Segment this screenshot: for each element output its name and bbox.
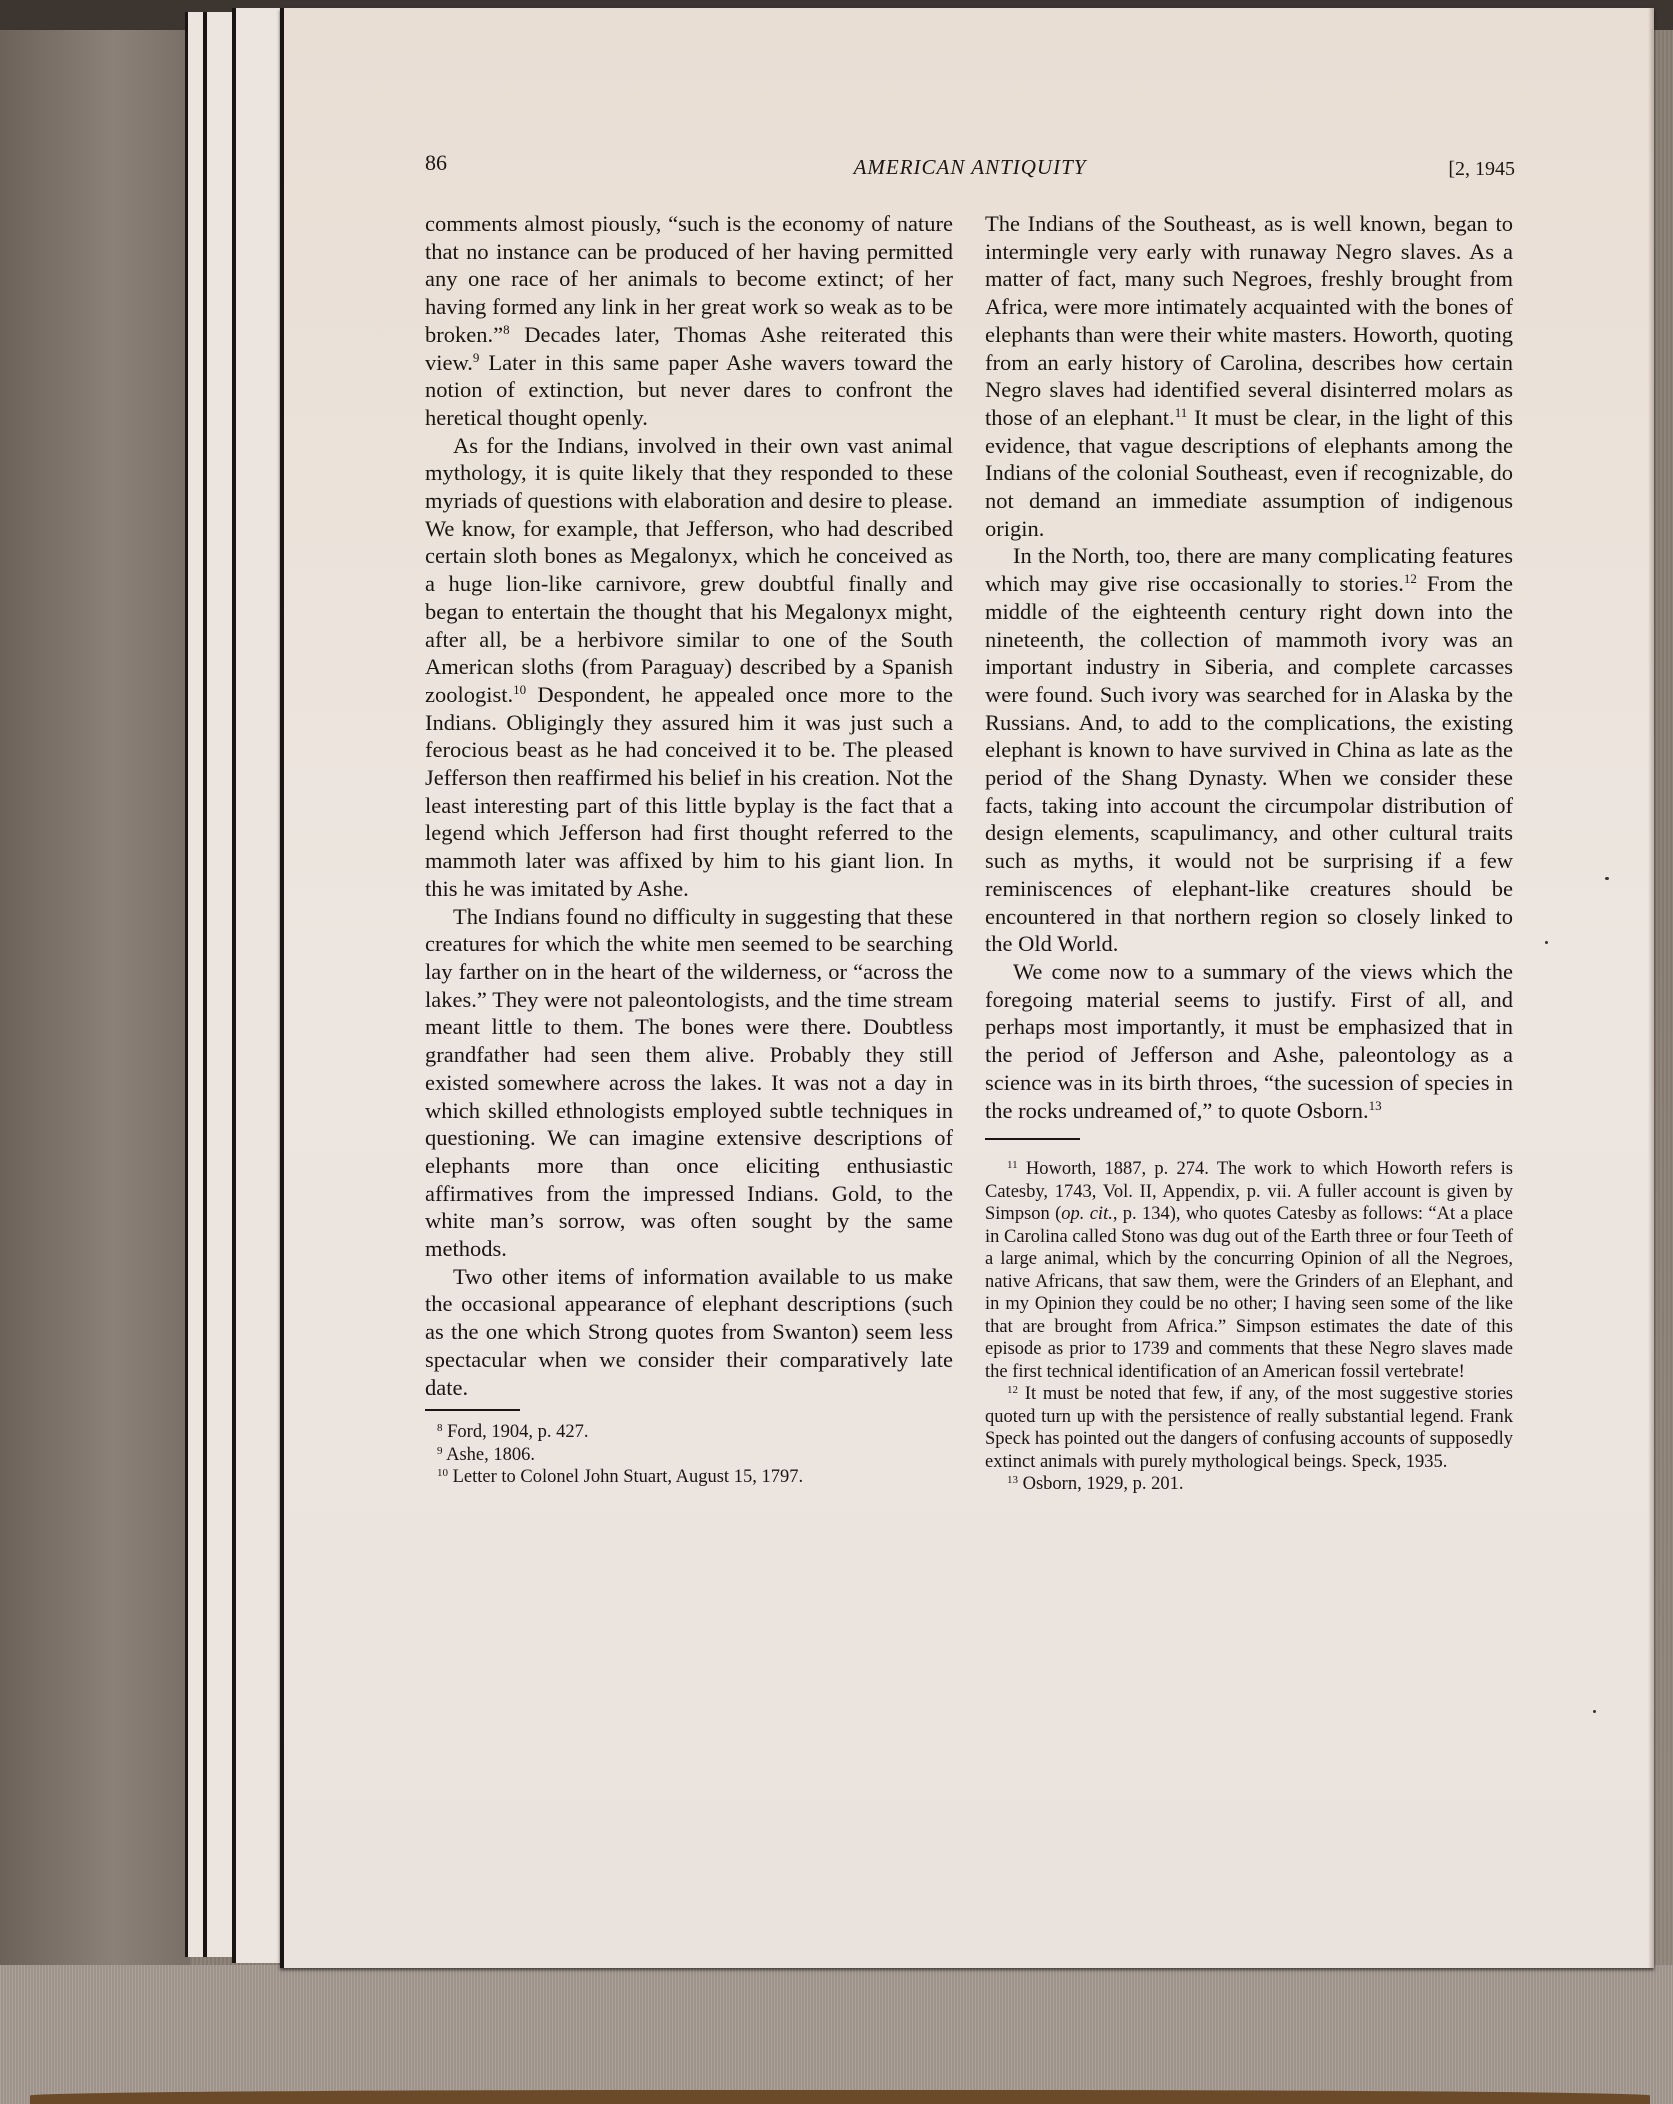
body-paragraph: Two other items of information available…: [425, 1263, 953, 1402]
text-run: The Indians of the Southeast, as is well…: [985, 211, 1513, 430]
scan-background-left: [0, 0, 190, 2104]
body-paragraph: In the North, too, there are many compli…: [985, 542, 1513, 958]
text-run: Later in this same paper Ashe wavers tow…: [425, 350, 953, 430]
page-right-edge: [1648, 8, 1654, 1968]
text-run: , p. 134), who quotes Catesby as follows…: [985, 1204, 1513, 1382]
text-run: From the middle of the eighteenth centur…: [985, 571, 1513, 956]
footnote-reference: 12: [1404, 571, 1417, 586]
footnote-divider: [425, 1409, 520, 1411]
footnote: 10 Letter to Colonel John Stuart, August…: [437, 1466, 953, 1489]
text-run: As for the Indians, involved in their ow…: [425, 433, 953, 707]
footnote-text: Ashe, 1806.: [443, 1445, 536, 1465]
text-run: Despondent, he appealed once more to the…: [425, 682, 953, 901]
footnote-reference: 10: [513, 682, 526, 697]
footnote-number: 12: [1007, 1384, 1018, 1396]
text-run: We come now to a summary of the views wh…: [985, 959, 1513, 1123]
footnote-text: Ford, 1904, p. 427.: [443, 1422, 589, 1442]
footnote: 12 It must be noted that few, if any, of…: [985, 1383, 1513, 1473]
left-footnotes: 8 Ford, 1904, p. 427.9 Ashe, 1806.10 Let…: [425, 1421, 953, 1489]
footnote-number: 10: [437, 1467, 448, 1479]
body-paragraph: The Indians of the Southeast, as is well…: [985, 210, 1513, 542]
footnote-number: 11: [1007, 1159, 1018, 1171]
italic-text: op. cit.: [1061, 1204, 1113, 1224]
text-run: Osborn, 1929, p. 201.: [1018, 1474, 1183, 1494]
text-run: Two other items of information available…: [425, 1264, 953, 1400]
paper-speck: [1593, 1710, 1596, 1713]
text-run: The Indians found no difficulty in sugge…: [425, 904, 953, 1261]
footnote: 11 Howorth, 1887, p. 274. The work to wh…: [985, 1158, 1513, 1383]
footnote: 8 Ford, 1904, p. 427.: [437, 1421, 953, 1444]
left-column-body: comments almost piously, “such is the ec…: [425, 210, 953, 1401]
scan-bottom-edge: [30, 2090, 1650, 2104]
footnote-divider: [985, 1138, 1080, 1140]
scan-background-bottom: [0, 1965, 1673, 2104]
body-paragraph: We come now to a summary of the views wh…: [985, 958, 1513, 1124]
text-run: It must be noted that few, if any, of th…: [985, 1384, 1513, 1472]
footnote: 13 Osborn, 1929, p. 201.: [985, 1473, 1513, 1496]
right-footnotes: 11 Howorth, 1887, p. 274. The work to wh…: [985, 1158, 1513, 1496]
running-head: 86 AMERICAN ANTIQUITY [2, 1945: [425, 150, 1515, 190]
journal-title: AMERICAN ANTIQUITY: [425, 155, 1515, 180]
footnote: 9 Ashe, 1806.: [437, 1444, 953, 1467]
body-paragraph: As for the Indians, involved in their ow…: [425, 432, 953, 903]
paper-speck: [1605, 877, 1609, 880]
body-paragraph: The Indians found no difficulty in sugge…: [425, 903, 953, 1263]
paper-speck: [1545, 941, 1548, 944]
left-column: comments almost piously, “such is the ec…: [425, 210, 953, 1489]
footnote-number: 13: [1007, 1474, 1018, 1486]
issue-reference: [2, 1945: [1448, 158, 1515, 181]
footnote-text: Letter to Colonel John Stuart, August 15…: [448, 1467, 803, 1487]
body-paragraph: comments almost piously, “such is the ec…: [425, 210, 953, 432]
footnote-reference: 13: [1369, 1098, 1382, 1113]
right-column: The Indians of the Southeast, as is well…: [985, 210, 1513, 1496]
right-column-body: The Indians of the Southeast, as is well…: [985, 210, 1513, 1124]
footnote-reference: 11: [1175, 405, 1188, 420]
